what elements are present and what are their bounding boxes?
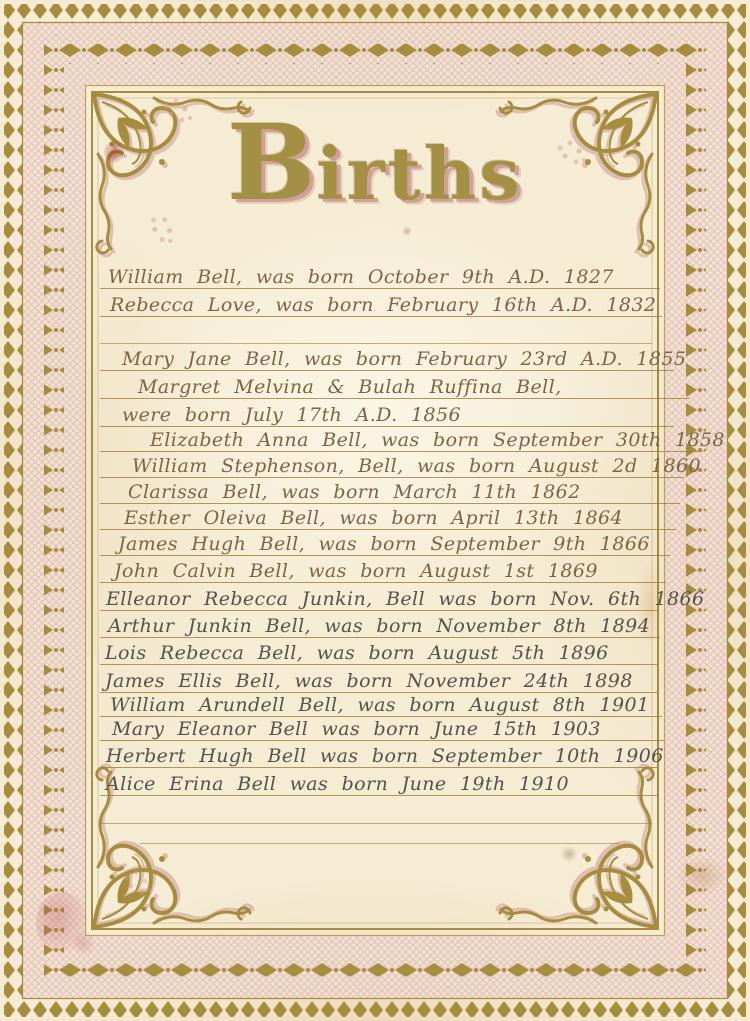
birth-entry: John Calvin Bell, was born August 1st 18… — [100, 552, 666, 583]
page-title: Births — [0, 108, 750, 229]
birth-entry: Margret Melvina & Bulah Ruffina Bell, — [100, 368, 690, 399]
floral-sprig — [118, 868, 156, 900]
age-stain — [36, 892, 88, 954]
border-zigzag-top — [4, 4, 746, 22]
birth-entry: Alice Erina Bell was born June 19th 1910 — [100, 765, 658, 796]
birth-entry: Mary Jane Bell, was born February 23rd A… — [100, 340, 674, 371]
age-stain — [676, 856, 728, 896]
bible-births-register-page: Births William Bell, was born October 9t… — [0, 0, 750, 1021]
birth-entry: William Bell, was born October 9th A.D. … — [100, 258, 660, 289]
birth-entry: Lois Rebecca Bell, was born August 5th 1… — [100, 634, 657, 665]
age-stain — [560, 846, 578, 862]
ruled-line-blank — [140, 813, 620, 844]
border-zigzag-bottom — [4, 999, 746, 1017]
birth-entry: Herbert Hugh Bell was born September 10t… — [100, 737, 658, 768]
age-stain — [70, 930, 96, 956]
